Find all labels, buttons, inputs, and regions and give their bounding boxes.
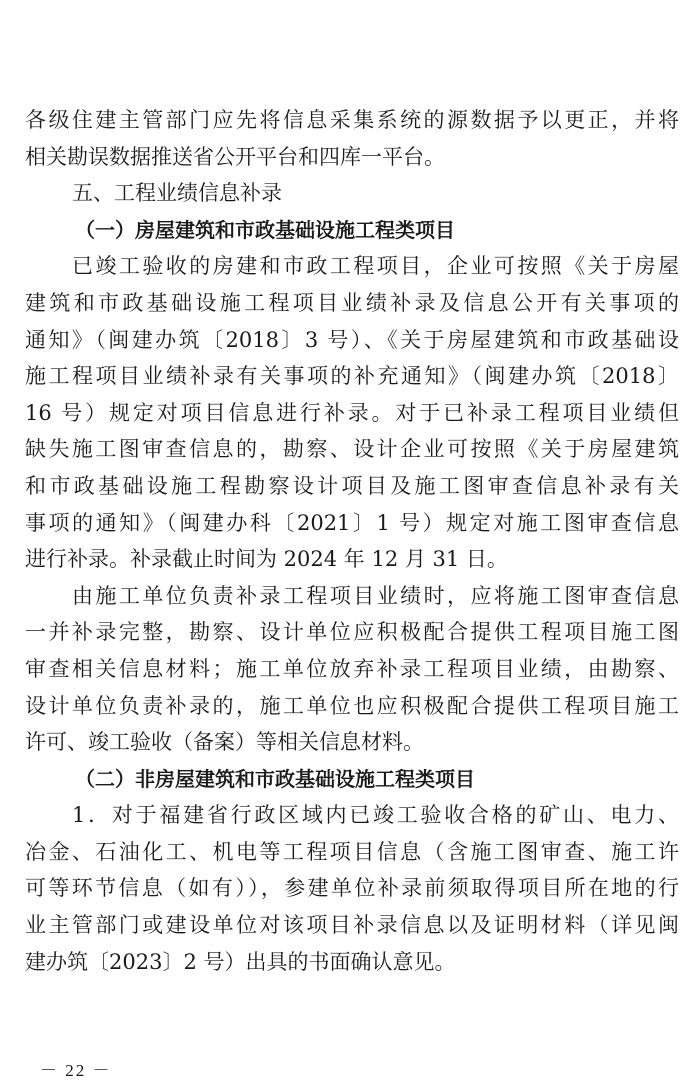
paragraph-line: 事项的通知》（闽建办科〔2021〕1 号）规定对施工图审查信息 <box>25 505 679 542</box>
document-page: 各级住建主管部门应先将信息采集系统的源数据予以更正，并将 相关勘误数据推送省公开… <box>25 102 679 980</box>
paragraph-line: 已竣工验收的房建和市政工程项目，企业可按照《关于房屋 <box>25 248 679 285</box>
paragraph-line: 和市政基础设施工程勘察设计项目及施工图审查信息补录有关 <box>25 468 679 505</box>
paragraph-line: 通知》（闽建办筑〔2018〕3 号）、《关于房屋建筑和市政基础设 <box>25 322 679 359</box>
section-heading: 五、工程业绩信息补录 <box>25 175 679 212</box>
paragraph-line: 相关勘误数据推送省公开平台和四库一平台。 <box>25 139 679 176</box>
paragraph-line: 各级住建主管部门应先将信息采集系统的源数据予以更正，并将 <box>25 102 679 139</box>
paragraph-line: 业主管部门或建设单位对该项目补录信息以及证明材料（详见闽 <box>25 907 679 944</box>
paragraph-line: 许可、竣工验收（备案）等相关信息材料。 <box>25 724 679 761</box>
subsection-heading: （二）非房屋建筑和市政基础设施工程类项目 <box>25 761 679 798</box>
paragraph-line: 16 号）规定对项目信息进行补录。对于已补录工程项目业绩但 <box>25 395 679 432</box>
paragraph-line: 一并补录完整，勘察、设计单位应积极配合提供工程项目施工图 <box>25 614 679 651</box>
page-number: － 22 － <box>40 1056 112 1081</box>
paragraph-line: 冶金、石油化工、机电等工程项目信息（含施工图审查、施工许 <box>25 834 679 871</box>
paragraph-line: 1．对于福建省行政区域内已竣工验收合格的矿山、电力、 <box>25 797 679 834</box>
subsection-heading: （一）房屋建筑和市政基础设施工程类项目 <box>25 212 679 249</box>
paragraph-line: 施工程项目业绩补录有关事项的补充通知》（闽建办筑〔2018〕 <box>25 358 679 395</box>
paragraph-line: 可等环节信息（如有）），参建单位补录前须取得项目所在地的行 <box>25 870 679 907</box>
paragraph-line: 设计单位负责补录的，施工单位也应积极配合提供工程项目施工 <box>25 688 679 725</box>
paragraph-line: 建筑和市政基础设施工程项目业绩补录及信息公开有关事项的 <box>25 285 679 322</box>
paragraph-line: 审查相关信息材料；施工单位放弃补录工程项目业绩，由勘察、 <box>25 651 679 688</box>
paragraph-line: 建办筑〔2023〕2 号）出具的书面确认意见。 <box>25 944 679 981</box>
paragraph-line: 缺失施工图审查信息的，勘察、设计企业可按照《关于房屋建筑 <box>25 431 679 468</box>
paragraph-line: 进行补录。补录截止时间为 2024 年 12 月 31 日。 <box>25 541 679 578</box>
paragraph-line: 由施工单位负责补录工程项目业绩时，应将施工图审查信息 <box>25 578 679 615</box>
